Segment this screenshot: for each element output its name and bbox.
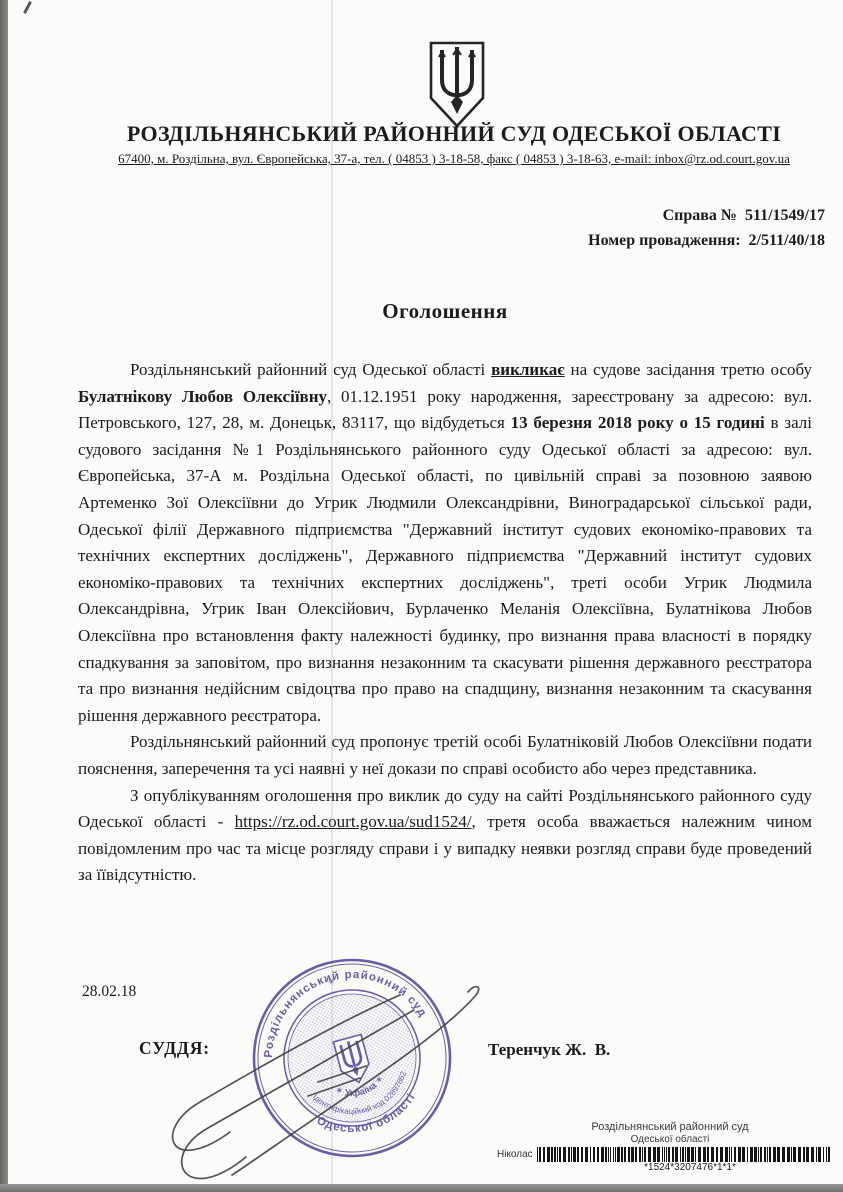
scanned-document-page: РОЗДІЛЬНЯНСЬКИЙ РАЙОННИЙ СУД ОДЕСЬКОЇ ОБ…	[0, 0, 843, 1192]
text-run: на судове засідання третю особу	[565, 360, 812, 379]
text-run: Роздільнянський районний суд Одеської об…	[130, 360, 491, 379]
text-run: 13 березня 2018 року о 15 годині	[511, 413, 765, 432]
scan-edge-bottom	[0, 1184, 843, 1192]
document-date: 28.02.18	[82, 983, 136, 1001]
barcode-caption-line2: Одеської області	[530, 1134, 810, 1145]
text-run: https://rz.od.court.gov.ua/sud1524/	[235, 812, 472, 831]
paragraph: Роздільнянський районний суд пропонує тр…	[78, 729, 812, 782]
barcode-caption-line1: Роздільнянський районний суд	[530, 1121, 810, 1133]
scan-corner-mark	[23, 1, 32, 14]
trident-emblem-icon	[427, 40, 487, 130]
text-run: Роздільнянський районний суд пропонує тр…	[78, 732, 812, 778]
paragraph: З опублікуванням оголошення про виклик д…	[78, 783, 812, 889]
barcode-value: *1524*3207476*1*1*	[540, 1162, 840, 1173]
case-number: Справа № 511/1549/17	[588, 203, 825, 228]
text-run: Булатнікову Любов Олексіївну	[78, 387, 327, 406]
paragraph: Роздільнянський районний суд Одеської об…	[78, 357, 812, 729]
text-run: викликає	[491, 360, 565, 379]
court-address-line: 67400, м. Роздільна, вул. Європейська, 3…	[64, 151, 843, 167]
scan-edge-left	[0, 0, 8, 1192]
document-body: Роздільнянський районний суд Одеської об…	[78, 357, 812, 889]
barcode-row: Ніколас	[497, 1146, 840, 1162]
case-info-block: Справа № 511/1549/17 Номер провадження: …	[588, 203, 825, 253]
proceeding-number: Номер провадження: 2/511/40/18	[588, 228, 825, 253]
document-title: Оголошення	[78, 299, 812, 324]
text-run: в залі судового засідання №1 Роздільнянс…	[78, 413, 812, 725]
judge-signature	[150, 950, 510, 1192]
court-name-heading: РОЗДІЛЬНЯНСЬКИЙ РАЙОННИЙ СУД ОДЕСЬКОЇ ОБ…	[64, 121, 843, 147]
barcode	[536, 1147, 836, 1162]
